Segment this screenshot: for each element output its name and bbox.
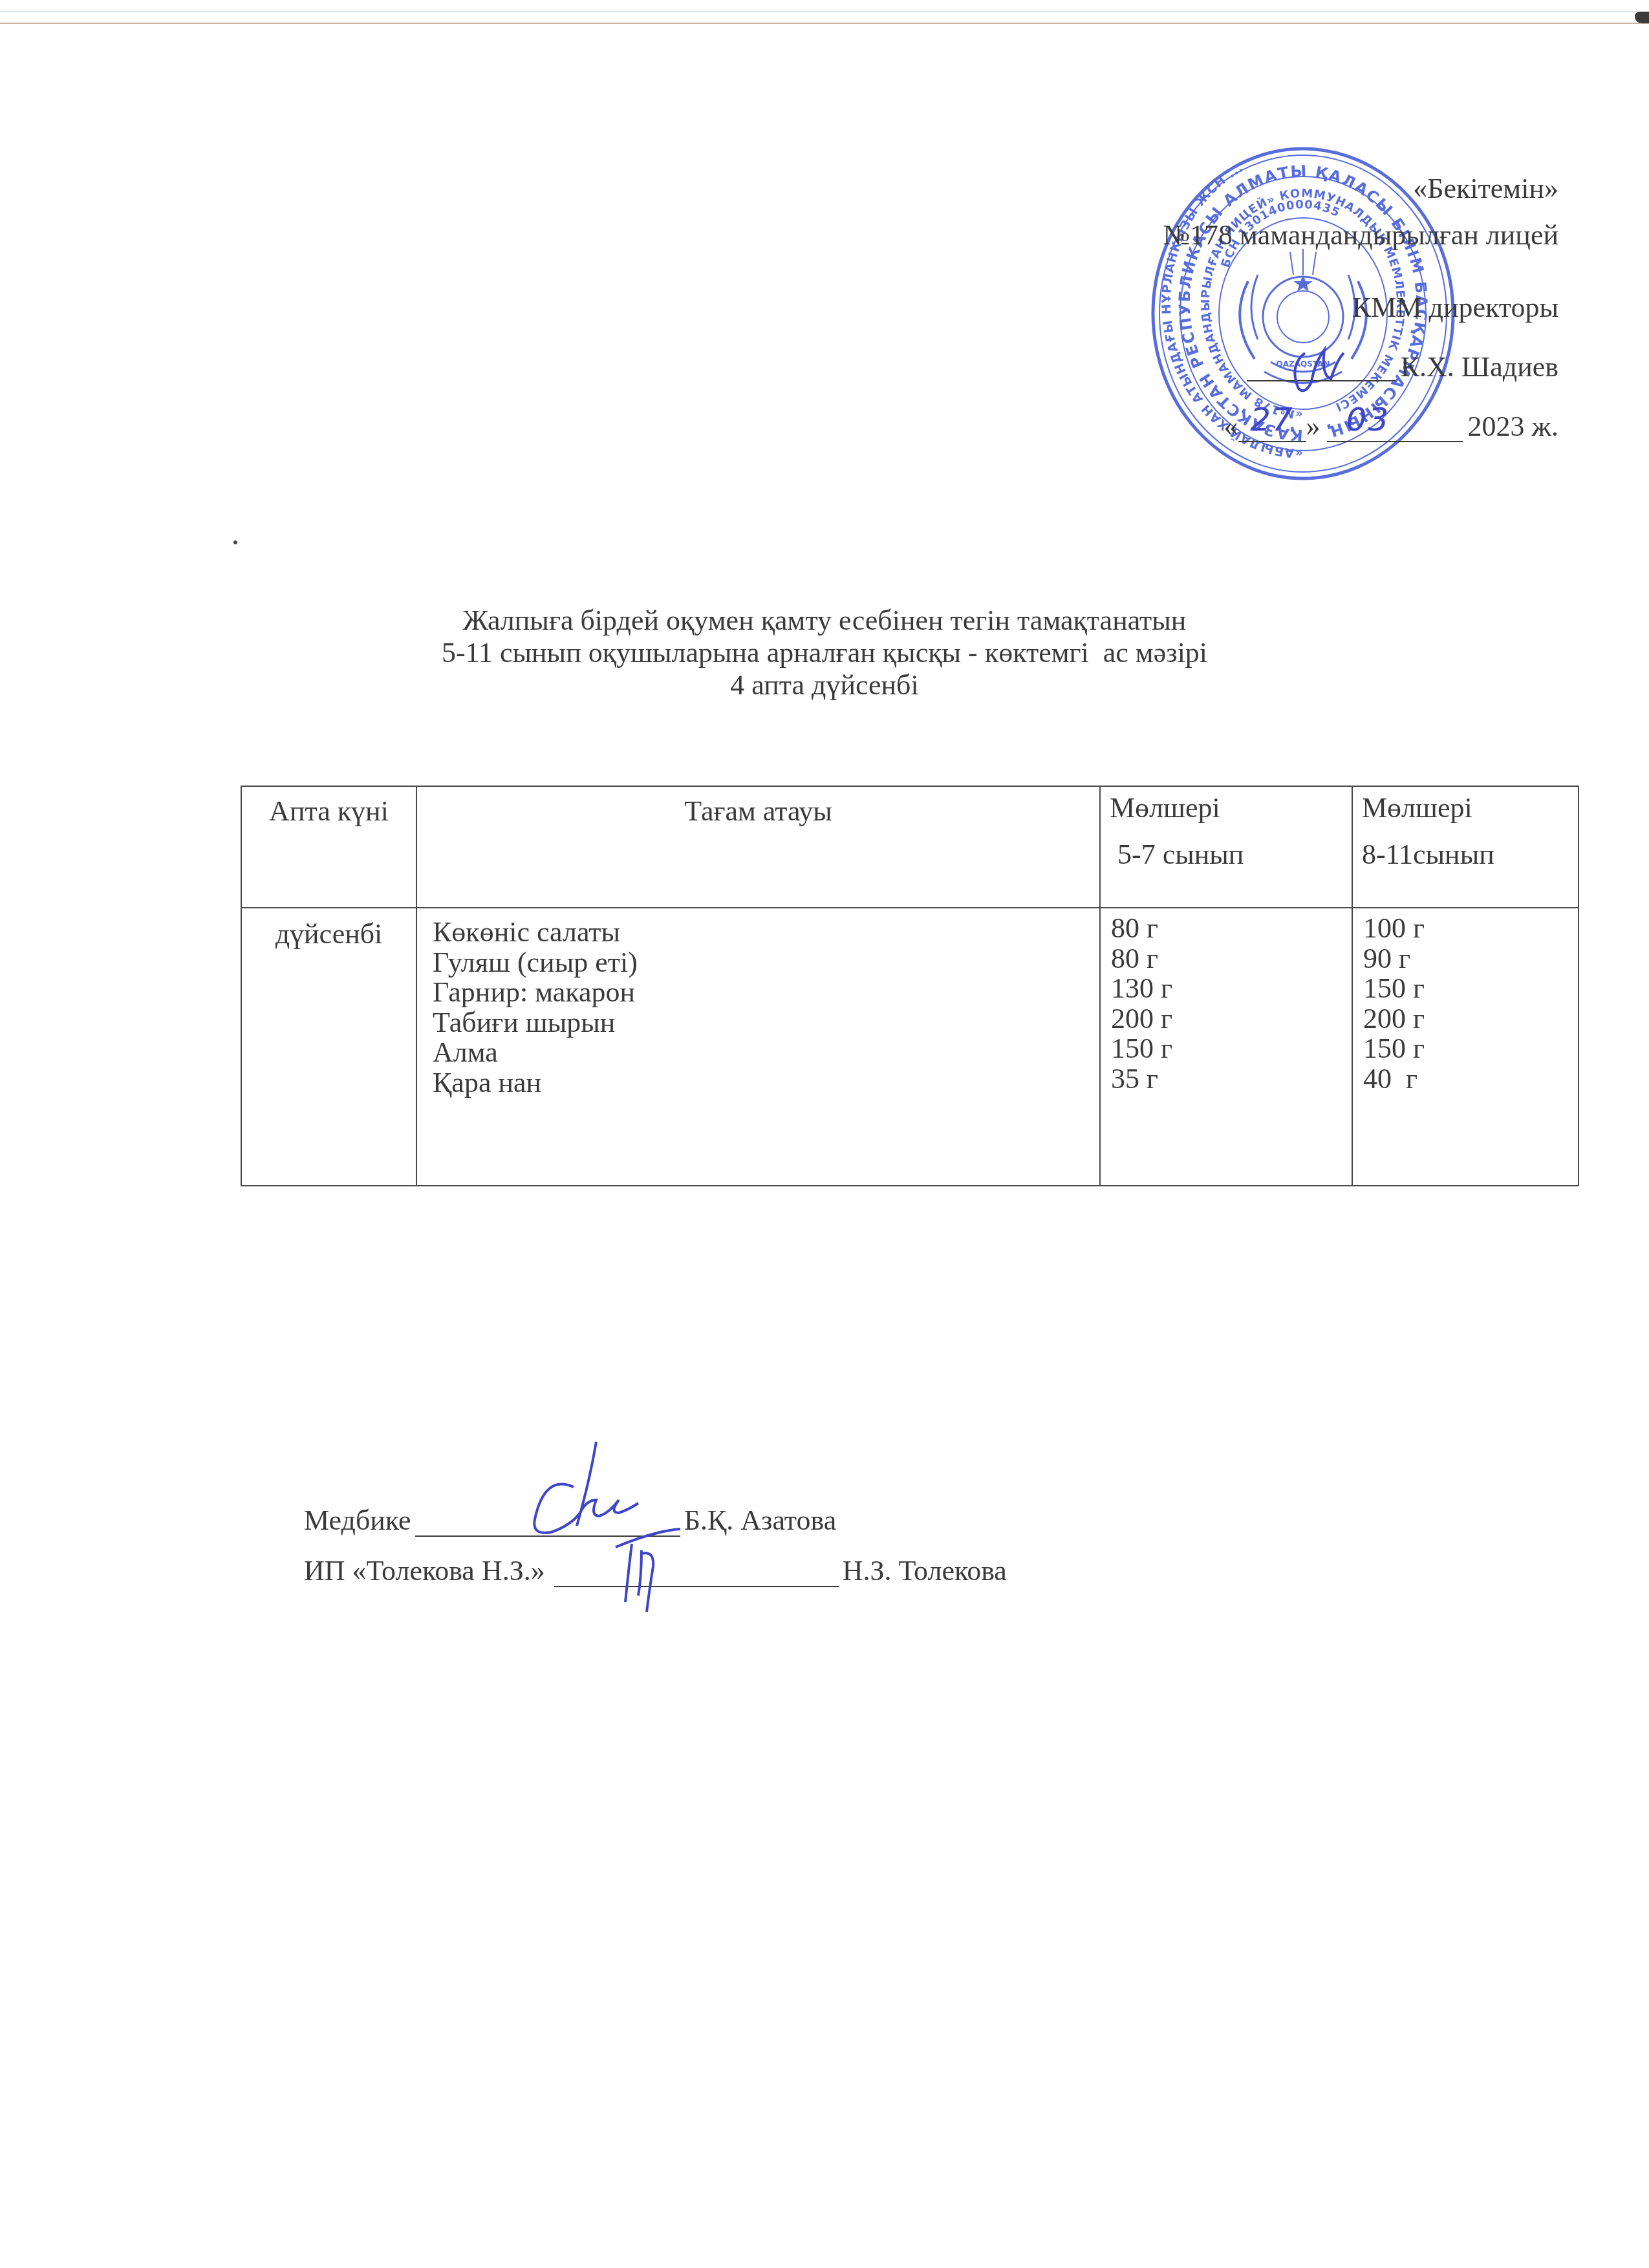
header-qty-5-7-title: Мөлшері — [1110, 792, 1352, 824]
row-qty-5-7: 80 г 80 г 130 г 200 г 150 г 35 г — [1100, 908, 1352, 1186]
director-signature-icon — [1279, 327, 1370, 398]
nurse-signature-icon — [512, 1439, 661, 1542]
header-qty-8-11: Мөлшері 8-11сынып — [1352, 786, 1579, 908]
table-row: дүйсенбі Көкөніс салаты Гуляш (сиыр еті)… — [241, 908, 1579, 1186]
nurse-label: Медбике — [304, 1504, 411, 1537]
nurse-name: Б.Қ. Азатова — [684, 1504, 837, 1537]
supplier-signature-line: ИП «Толекова Н.З.» Н.З. Толекова — [304, 1541, 1007, 1587]
date-day-field: 27 — [1238, 412, 1306, 442]
qty-item: 200 г — [1363, 1004, 1578, 1034]
dish-item: Гарнир: макарон — [433, 978, 1099, 1008]
header-qty-8-11-sub: 8-11сынып — [1362, 839, 1578, 871]
approval-position: КММ директоры — [1352, 294, 1558, 322]
director-signature-line — [1247, 353, 1396, 381]
scan-dot — [233, 540, 237, 544]
qty-item: 80 г — [1111, 914, 1352, 944]
title-line-1: Жалпыға бірдей оқумен қамту есебінен тег… — [0, 604, 1649, 637]
title-line-3: 4 апта дүйсенбі — [0, 669, 1649, 701]
scan-edge — [0, 12, 1649, 24]
qty-item: 200 г — [1111, 1004, 1352, 1034]
qty-item: 130 г — [1111, 974, 1352, 1004]
dish-item: Табиғи шырын — [433, 1008, 1099, 1038]
supplier-label: ИП «Толекова Н.З.» — [304, 1554, 545, 1587]
qty-item: 150 г — [1363, 1034, 1578, 1064]
qty-item: 150 г — [1111, 1034, 1352, 1064]
qty-item: 90 г — [1363, 944, 1578, 974]
title-line-2: 5-11 сынып оқушыларына арналған қысқы - … — [0, 637, 1649, 669]
date-open-quote: « — [1224, 412, 1238, 441]
qty-item: 80 г — [1111, 944, 1352, 974]
header-qty-8-11-title: Мөлшері — [1362, 792, 1578, 824]
menu-title: Жалпыға бірдей оқумен қамту есебінен тег… — [0, 604, 1649, 701]
dish-item: Алма — [433, 1038, 1099, 1068]
supplier-name: Н.З. Толекова — [843, 1554, 1007, 1587]
signatures-block: Медбике Б.Қ. Азатова ИП «Толекова Н.З.» … — [304, 1490, 1007, 1587]
date-day-value: 27 — [1238, 403, 1306, 436]
scan-corner-mark — [1635, 12, 1649, 23]
date-close-quote: » — [1306, 412, 1320, 441]
date-month-field: 03 — [1327, 412, 1463, 442]
qty-item: 100 г — [1363, 914, 1578, 944]
director-name: К.Х. Шадиев — [1401, 353, 1558, 381]
date-year: 2023 ж. — [1468, 412, 1558, 441]
header-day: Апта күні — [241, 786, 416, 908]
dish-item: Көкөніс салаты — [433, 917, 1099, 948]
table-header-row: Апта күні Тағам атауы Мөлшері 5-7 сынып … — [241, 786, 1579, 908]
row-qty-8-11: 100 г 90 г 150 г 200 г 150 г 40 г — [1352, 908, 1579, 1186]
row-dishes: Көкөніс салаты Гуляш (сиыр еті) Гарнир: … — [416, 908, 1100, 1186]
menu-table: Апта күні Тағам атауы Мөлшері 5-7 сынып … — [241, 786, 1579, 1186]
dish-item: Гуляш (сиыр еті) — [433, 948, 1099, 978]
header-qty-5-7-sub: 5-7 сынып — [1110, 839, 1352, 871]
approval-block: «Бекітемін» №178 мамандандырылған лицей … — [1163, 175, 1558, 480]
date-month-value: 03 — [1346, 403, 1463, 436]
qty-item: 40 г — [1363, 1064, 1578, 1095]
approval-organization: №178 мамандандырылған лицей — [1163, 221, 1558, 250]
supplier-signature-blank — [554, 1560, 839, 1587]
qty-item: 150 г — [1363, 974, 1578, 1004]
approval-heading: «Бекітемін» — [1413, 175, 1558, 203]
document-page: «АБЫЛАЙ ХАН АТЫНДАҒЫ НҰРЛАНКЫЗЫ ЖСН ... … — [0, 0, 1649, 2268]
row-day: дүйсенбі — [241, 908, 416, 1186]
header-dish: Тағам атауы — [416, 786, 1100, 908]
supplier-signature-icon — [606, 1528, 696, 1612]
dish-item: Қара нан — [433, 1068, 1099, 1098]
header-qty-5-7: Мөлшері 5-7 сынып — [1100, 786, 1352, 908]
qty-item: 35 г — [1111, 1064, 1352, 1095]
